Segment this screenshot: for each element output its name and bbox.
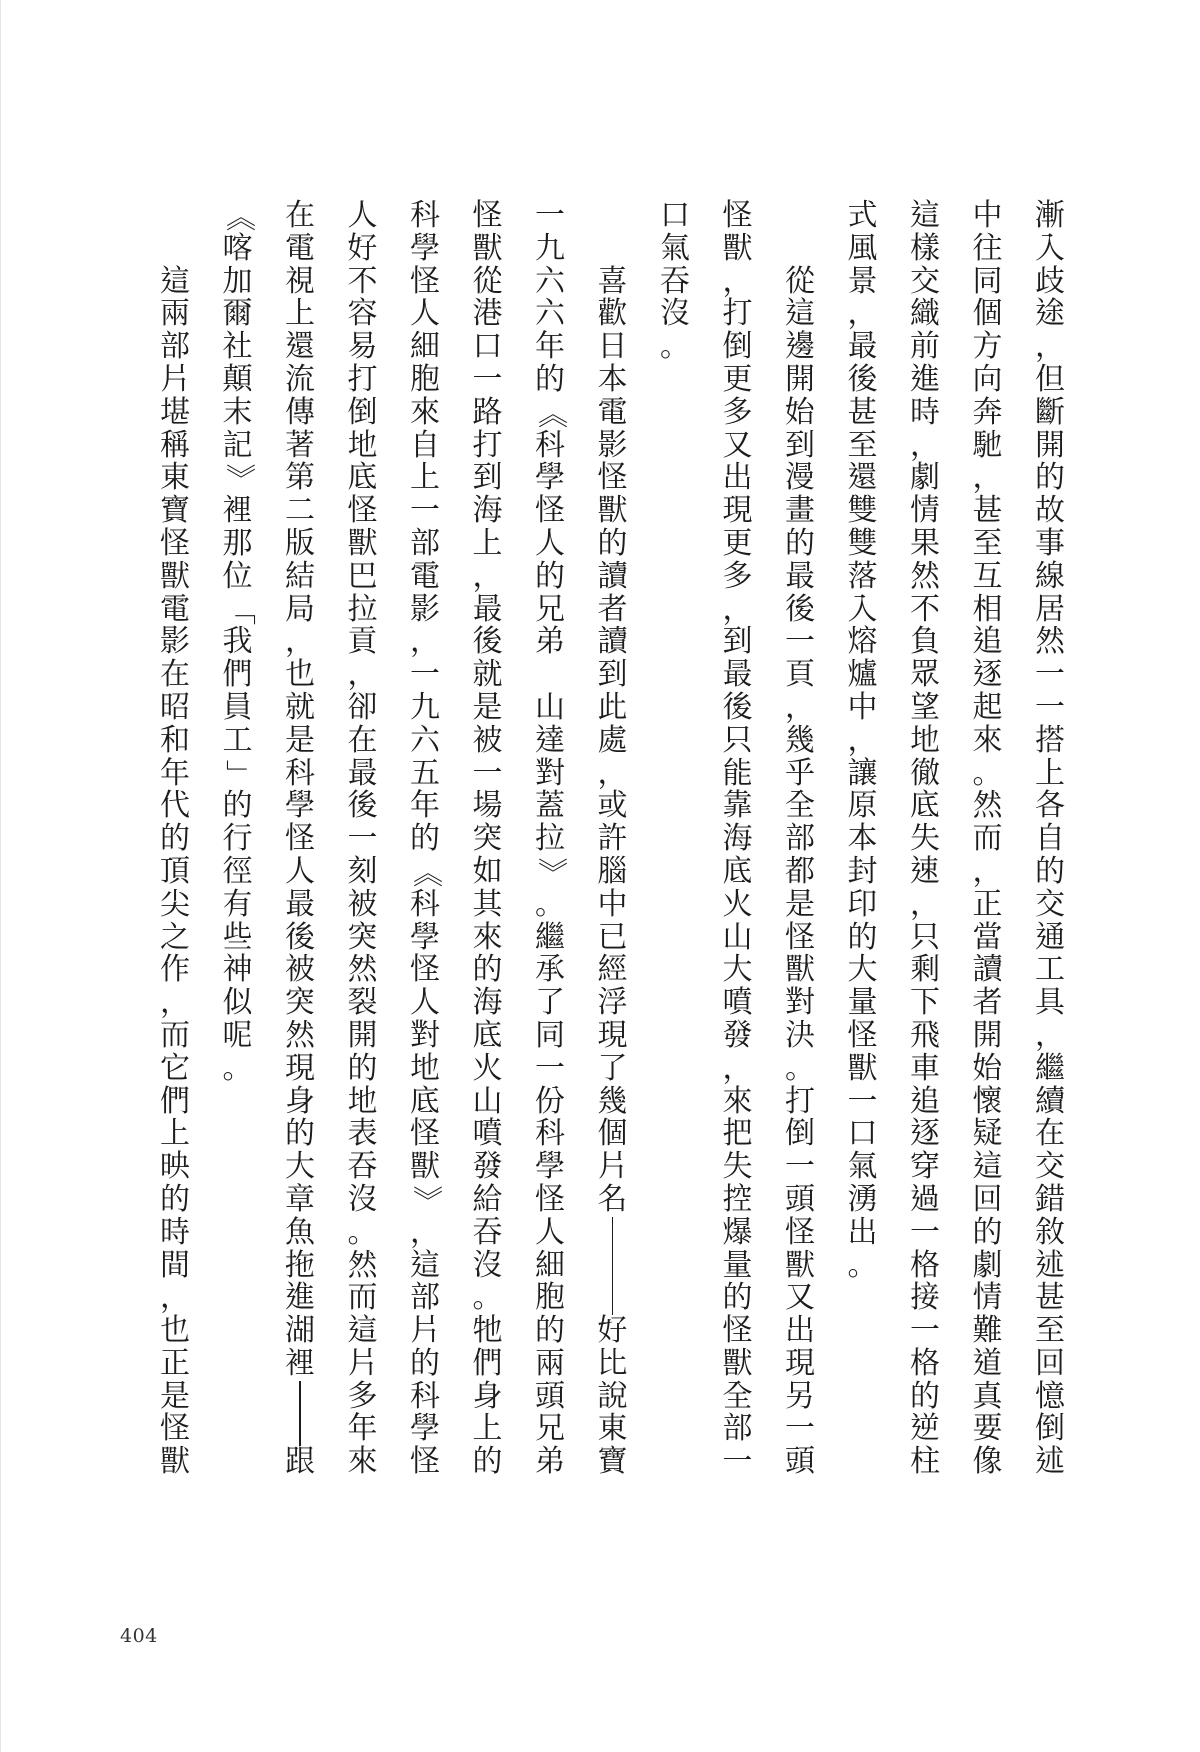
glyph: 一: [1034, 659, 1066, 692]
glyph: 風: [847, 233, 879, 266]
glyph: 人: [347, 200, 379, 233]
glyph: 式: [847, 200, 879, 233]
glyph: 一: [472, 364, 504, 397]
glyph: 自: [1034, 823, 1066, 856]
glyph: 好: [347, 233, 379, 266]
glyph: 中: [972, 200, 1004, 233]
glyph: 多: [722, 561, 754, 594]
glyph: 大: [847, 954, 879, 987]
glyph: 裡: [222, 495, 254, 528]
glyph: ，: [847, 298, 879, 331]
glyph: 人: [409, 298, 441, 331]
glyph: 學: [534, 1151, 566, 1184]
glyph: 火: [722, 889, 754, 922]
glyph: 拉: [347, 594, 379, 627]
glyph: 互: [972, 561, 1004, 594]
glyph: 的: [847, 922, 879, 955]
glyph: —: [597, 1250, 629, 1283]
glyph: 大: [722, 954, 754, 987]
glyph: 好: [597, 1315, 629, 1348]
glyph: 表: [347, 1118, 379, 1151]
page-number: 404: [120, 1624, 158, 1648]
glyph: 果: [909, 528, 941, 561]
glyph: 始: [784, 397, 816, 430]
glyph: 發: [472, 1151, 504, 1184]
glyph: 神: [222, 954, 254, 987]
glyph: 其: [472, 889, 504, 922]
glyph: 徹: [909, 758, 941, 791]
glyph: 搭: [1034, 725, 1066, 758]
glyph: 怪: [284, 823, 316, 856]
glyph: 傳: [284, 397, 316, 430]
text-column: 這樣交織前進時，劇情果然不負眾望地徹底失速，只剩下飛車追逐穿過一格接一格的逆柱: [909, 200, 941, 1479]
glyph: 現: [284, 1053, 316, 1086]
glyph: 五: [409, 758, 441, 791]
glyph: 在: [1034, 1118, 1066, 1151]
glyph: 又: [784, 1282, 816, 1315]
glyph: 向: [972, 364, 1004, 397]
glyph: 樣: [909, 233, 941, 266]
glyph: 倒: [722, 331, 754, 364]
glyph: 至: [847, 430, 879, 463]
glyph: 最: [722, 659, 754, 692]
glyph: 甚: [1034, 1282, 1066, 1315]
glyph: 從: [784, 266, 816, 299]
glyph: 通: [1034, 922, 1066, 955]
glyph: 部: [722, 1413, 754, 1446]
glyph: 難: [972, 1315, 1004, 1348]
glyph: 上: [472, 528, 504, 561]
glyph: 影: [409, 594, 441, 627]
glyph: 交: [1034, 1151, 1066, 1184]
glyph: 這: [784, 298, 816, 331]
glyph: 剩: [909, 954, 941, 987]
glyph: 落: [847, 561, 879, 594]
glyph: 最: [347, 758, 379, 791]
glyph: 人: [534, 528, 566, 561]
glyph: 封: [847, 856, 879, 889]
glyph: 》: [409, 1184, 442, 1216]
glyph: 行: [222, 823, 254, 856]
glyph: 至: [1034, 1315, 1066, 1348]
glyph: 電: [409, 561, 441, 594]
glyph: 突: [347, 922, 379, 955]
glyph: 許: [597, 823, 629, 856]
glyph: 的: [972, 1217, 1004, 1250]
glyph: 倒: [347, 397, 379, 430]
glyph: 繼: [534, 922, 566, 955]
glyph: 來: [347, 1446, 379, 1479]
glyph: 眾: [909, 659, 941, 692]
glyph: 這: [347, 1315, 379, 1348]
glyph: 失: [722, 1151, 754, 1184]
glyph: 然: [347, 954, 379, 987]
glyph: 本: [847, 823, 879, 856]
glyph: 的: [409, 823, 441, 856]
glyph: 六: [534, 298, 566, 331]
glyph: 海: [472, 495, 504, 528]
glyph: 了: [534, 987, 566, 1020]
glyph: 寶: [159, 495, 191, 528]
glyph: 學: [409, 233, 441, 266]
glyph: 者: [597, 594, 629, 627]
glyph: 下: [909, 987, 941, 1020]
glyph: 。: [784, 1053, 816, 1086]
glyph: 了: [597, 1053, 629, 1086]
glyph: 控: [722, 1184, 754, 1217]
glyph: 續: [1034, 1086, 1066, 1119]
glyph: 拉: [534, 823, 566, 856]
glyph: 科: [284, 758, 316, 791]
glyph: 出: [722, 462, 754, 495]
glyph: ，: [722, 266, 754, 299]
glyph: 而: [972, 823, 1004, 856]
glyph: 在: [347, 725, 379, 758]
glyph: 的: [472, 954, 504, 987]
glyph: 起: [972, 692, 1004, 725]
glyph: 就: [284, 692, 316, 725]
glyph: 沒: [347, 1184, 379, 1217]
glyph: 被: [472, 725, 504, 758]
glyph: 刻: [347, 856, 379, 889]
glyph: 來: [472, 922, 504, 955]
glyph: 口: [659, 200, 691, 233]
glyph: 人: [534, 1217, 566, 1250]
glyph: 頭: [784, 1446, 816, 1479]
glyph: ，: [722, 594, 754, 627]
glyph: 裂: [347, 987, 379, 1020]
glyph: 承: [534, 954, 566, 987]
glyph: 頁: [784, 659, 816, 692]
glyph: 電: [597, 397, 629, 430]
glyph: 胞: [409, 364, 441, 397]
glyph: 至: [972, 528, 1004, 561]
glyph: —: [284, 1413, 316, 1446]
glyph: 喀: [222, 233, 254, 266]
glyph: 這: [972, 1151, 1004, 1184]
glyph: 給: [472, 1184, 504, 1217]
glyph: 速: [909, 856, 941, 889]
glyph: 上: [159, 1118, 191, 1151]
glyph: 然: [972, 790, 1004, 823]
glyph: 的: [347, 1053, 379, 1086]
glyph: 更: [722, 528, 754, 561]
glyph: 的: [159, 823, 191, 856]
glyph: ，: [409, 1217, 441, 1250]
glyph: 各: [1034, 790, 1066, 823]
glyph: 似: [222, 987, 254, 1020]
glyph: 吞: [472, 1217, 504, 1250]
glyph: 片: [409, 1315, 441, 1348]
glyph: 年: [409, 790, 441, 823]
glyph: 的: [534, 364, 566, 397]
glyph: 多: [722, 397, 754, 430]
glyph: 影: [597, 430, 629, 463]
glyph: 人: [284, 856, 316, 889]
glyph: 」: [221, 758, 254, 790]
glyph: 海: [722, 823, 754, 856]
glyph: 的: [222, 790, 254, 823]
glyph: 量: [847, 987, 879, 1020]
glyph: 們: [472, 1348, 504, 1381]
glyph: 怪: [409, 954, 441, 987]
glyph: 部: [409, 528, 441, 561]
glyph: 的: [409, 1348, 441, 1381]
glyph: ，: [597, 758, 629, 791]
glyph: 到: [784, 430, 816, 463]
glyph: 錯: [1034, 1184, 1066, 1217]
glyph: 對: [784, 987, 816, 1020]
glyph: 海: [472, 987, 504, 1020]
glyph: 憶: [1034, 1381, 1066, 1414]
glyph: 後: [347, 790, 379, 823]
glyph: 出: [784, 1315, 816, 1348]
glyph: 方: [972, 331, 1004, 364]
glyph: 倒: [784, 1118, 816, 1151]
glyph: 一: [472, 758, 504, 791]
glyph: 獸: [784, 954, 816, 987]
glyph: 要: [972, 1413, 1004, 1446]
glyph: 這: [409, 1250, 441, 1283]
glyph: 就: [472, 659, 504, 692]
glyph: 牠: [472, 1315, 504, 1348]
glyph: 片: [347, 1348, 379, 1381]
glyph: 。: [534, 889, 566, 922]
glyph: 到: [472, 462, 504, 495]
glyph: 像: [972, 1446, 1004, 1479]
glyph: 繼: [1034, 1053, 1066, 1086]
glyph: 現: [722, 495, 754, 528]
glyph: 口: [472, 331, 504, 364]
glyph: 沒: [472, 1250, 504, 1283]
glyph: 故: [1034, 495, 1066, 528]
glyph: [534, 659, 566, 692]
glyph: 湖: [284, 1315, 316, 1348]
glyph: 回: [1034, 1348, 1066, 1381]
glyph: 們: [222, 659, 254, 692]
glyph: 開: [784, 364, 816, 397]
glyph: 獸: [347, 528, 379, 561]
glyph: 只: [909, 922, 941, 955]
glyph: 者: [972, 987, 1004, 1020]
glyph: 那: [222, 528, 254, 561]
glyph: —: [597, 1217, 629, 1250]
glyph: 東: [159, 462, 191, 495]
glyph: 獸: [409, 1151, 441, 1184]
glyph: 甚: [847, 397, 879, 430]
glyph: 人: [409, 987, 441, 1020]
glyph: 東: [597, 1413, 629, 1446]
text-column: 《喀加爾社顛末記》裡那位「我們員工」的行徑有些神似呢。: [222, 200, 254, 1086]
glyph: 又: [722, 430, 754, 463]
glyph: 現: [784, 1348, 816, 1381]
glyph: 容: [347, 298, 379, 331]
glyph: 突: [472, 823, 504, 856]
glyph: 達: [534, 725, 566, 758]
glyph: 接: [909, 1282, 941, 1315]
glyph: 中: [847, 692, 879, 725]
glyph: 一: [347, 823, 379, 856]
glyph: 》: [534, 856, 567, 888]
glyph: 逐: [909, 1118, 941, 1151]
glyph: 進: [284, 1282, 316, 1315]
glyph: 二: [284, 495, 316, 528]
glyph: 處: [597, 725, 629, 758]
glyph: 最: [784, 561, 816, 594]
glyph: 流: [284, 364, 316, 397]
glyph: 怪: [847, 1020, 879, 1053]
glyph: 弟: [534, 1446, 566, 1479]
glyph: ，: [909, 889, 941, 922]
glyph: 兩: [534, 1348, 566, 1381]
glyph: 對: [409, 1020, 441, 1053]
glyph: 漸: [1034, 200, 1066, 233]
glyph: 更: [722, 364, 754, 397]
glyph: 映: [159, 1151, 191, 1184]
glyph: 獸: [722, 1348, 754, 1381]
glyph: 乎: [784, 758, 816, 791]
glyph: 後: [284, 922, 316, 955]
glyph: 的: [284, 1118, 316, 1151]
glyph: 入: [1034, 233, 1066, 266]
glyph: 從: [472, 266, 504, 299]
glyph: 頭: [784, 1184, 816, 1217]
glyph: 這: [159, 266, 191, 299]
glyph: 的: [472, 1446, 504, 1479]
text-column: 喜歡日本電影怪獸的讀者讀到此處，或許腦中已經浮現了幾個片名———好比說東寶: [597, 200, 629, 1479]
glyph: 身: [472, 1381, 504, 1414]
glyph: 卻: [347, 692, 379, 725]
glyph: 爐: [847, 659, 879, 692]
glyph: 負: [909, 626, 941, 659]
glyph: 是: [159, 1381, 191, 1414]
glyph: 一: [909, 1315, 941, 1348]
glyph: 歡: [597, 298, 629, 331]
glyph: 只: [722, 725, 754, 758]
glyph: 視: [284, 266, 316, 299]
glyph: 打: [347, 364, 379, 397]
glyph: 甚: [972, 495, 1004, 528]
glyph: 怪: [159, 1413, 191, 1446]
glyph: 一: [784, 1151, 816, 1184]
glyph: 電: [284, 233, 316, 266]
glyph: 失: [909, 823, 941, 856]
glyph: ，: [284, 626, 316, 659]
text-column: 怪獸，打倒更多又出現更多，到最後只能靠海底火山大噴發，來把失控爆量的怪獸全部一: [722, 200, 754, 1479]
glyph: 打: [784, 1086, 816, 1119]
glyph: 魚: [284, 1217, 316, 1250]
glyph: 還: [847, 462, 879, 495]
glyph: 出: [847, 1217, 879, 1250]
glyph: 追: [909, 1086, 941, 1119]
glyph: 浮: [597, 987, 629, 1020]
glyph: 爾: [222, 298, 254, 331]
glyph: 穿: [909, 1151, 941, 1184]
glyph: 真: [972, 1381, 1004, 1414]
glyph: 不: [909, 594, 941, 627]
glyph: ，: [972, 462, 1004, 495]
glyph: 代: [159, 790, 191, 823]
glyph: 昭: [159, 692, 191, 725]
glyph: 道: [972, 1348, 1004, 1381]
glyph: 讀: [972, 954, 1004, 987]
glyph: 敘: [1034, 1217, 1066, 1250]
glyph: 幾: [597, 1086, 629, 1119]
glyph: 喜: [597, 266, 629, 299]
text-column: 在電視上還流傳著第二版結局，也就是科學怪人最後被突然現身的大章魚拖進湖裡——跟: [284, 200, 316, 1479]
glyph: 作: [159, 954, 191, 987]
glyph: 爆: [722, 1217, 754, 1250]
glyph: 獸: [472, 233, 504, 266]
glyph: 怪: [347, 495, 379, 528]
glyph: 景: [847, 266, 879, 299]
glyph: 開: [972, 1020, 1004, 1053]
glyph: 名: [597, 1184, 629, 1217]
glyph: 地: [909, 725, 941, 758]
glyph: 打: [472, 430, 504, 463]
glyph: 發: [722, 1020, 754, 1053]
glyph: 前: [909, 331, 941, 364]
glyph: 科: [409, 889, 441, 922]
glyph: 劇: [972, 1250, 1004, 1283]
glyph: 港: [472, 298, 504, 331]
glyph: 劇: [909, 462, 941, 495]
glyph: 後: [472, 626, 504, 659]
glyph: 地: [347, 430, 379, 463]
glyph: 熔: [847, 626, 879, 659]
glyph: 底: [347, 462, 379, 495]
glyph: 獸: [159, 1446, 191, 1479]
glyph: ，: [347, 659, 379, 692]
glyph: ，: [159, 1282, 191, 1315]
glyph: 格: [909, 1250, 941, 1283]
text-column: 中往同個方向奔馳，甚至互相追逐起來。然而，正當讀者開始懷疑這回的劇情難道真要像: [972, 200, 1004, 1479]
glyph: 末: [222, 397, 254, 430]
glyph: 獸: [159, 561, 191, 594]
glyph: 堪: [159, 397, 191, 430]
glyph: 望: [909, 692, 941, 725]
glyph: 一: [409, 659, 441, 692]
glyph: 版: [284, 528, 316, 561]
glyph: 印: [847, 889, 879, 922]
glyph: 正: [159, 1348, 191, 1381]
glyph: 山: [722, 922, 754, 955]
glyph: 場: [472, 790, 504, 823]
glyph: 交: [1034, 889, 1066, 922]
glyph: 顛: [222, 364, 254, 397]
glyph: 怪: [784, 922, 816, 955]
glyph: 怪: [784, 1217, 816, 1250]
glyph: 讀: [597, 626, 629, 659]
glyph: 邊: [784, 331, 816, 364]
text-column: 從這邊開始到漫畫的最後一頁，幾乎全部都是怪獸對決。打倒一頭怪獸又出現另一頭: [784, 200, 816, 1479]
glyph: 。: [659, 331, 691, 364]
glyph: 胞: [534, 1282, 566, 1315]
glyph: 的: [1034, 462, 1066, 495]
glyph: 細: [534, 1250, 566, 1283]
glyph: 的: [909, 1381, 941, 1414]
glyph: 原: [847, 790, 879, 823]
glyph: 怪: [409, 1118, 441, 1151]
glyph: 我: [222, 626, 254, 659]
glyph: 獸: [597, 495, 629, 528]
glyph: 線: [1034, 561, 1066, 594]
glyph: 怪: [534, 495, 566, 528]
glyph: 底: [472, 1020, 504, 1053]
glyph: 頭: [534, 1381, 566, 1414]
glyph: 也: [159, 1315, 191, 1348]
glyph: 。: [972, 758, 1004, 791]
